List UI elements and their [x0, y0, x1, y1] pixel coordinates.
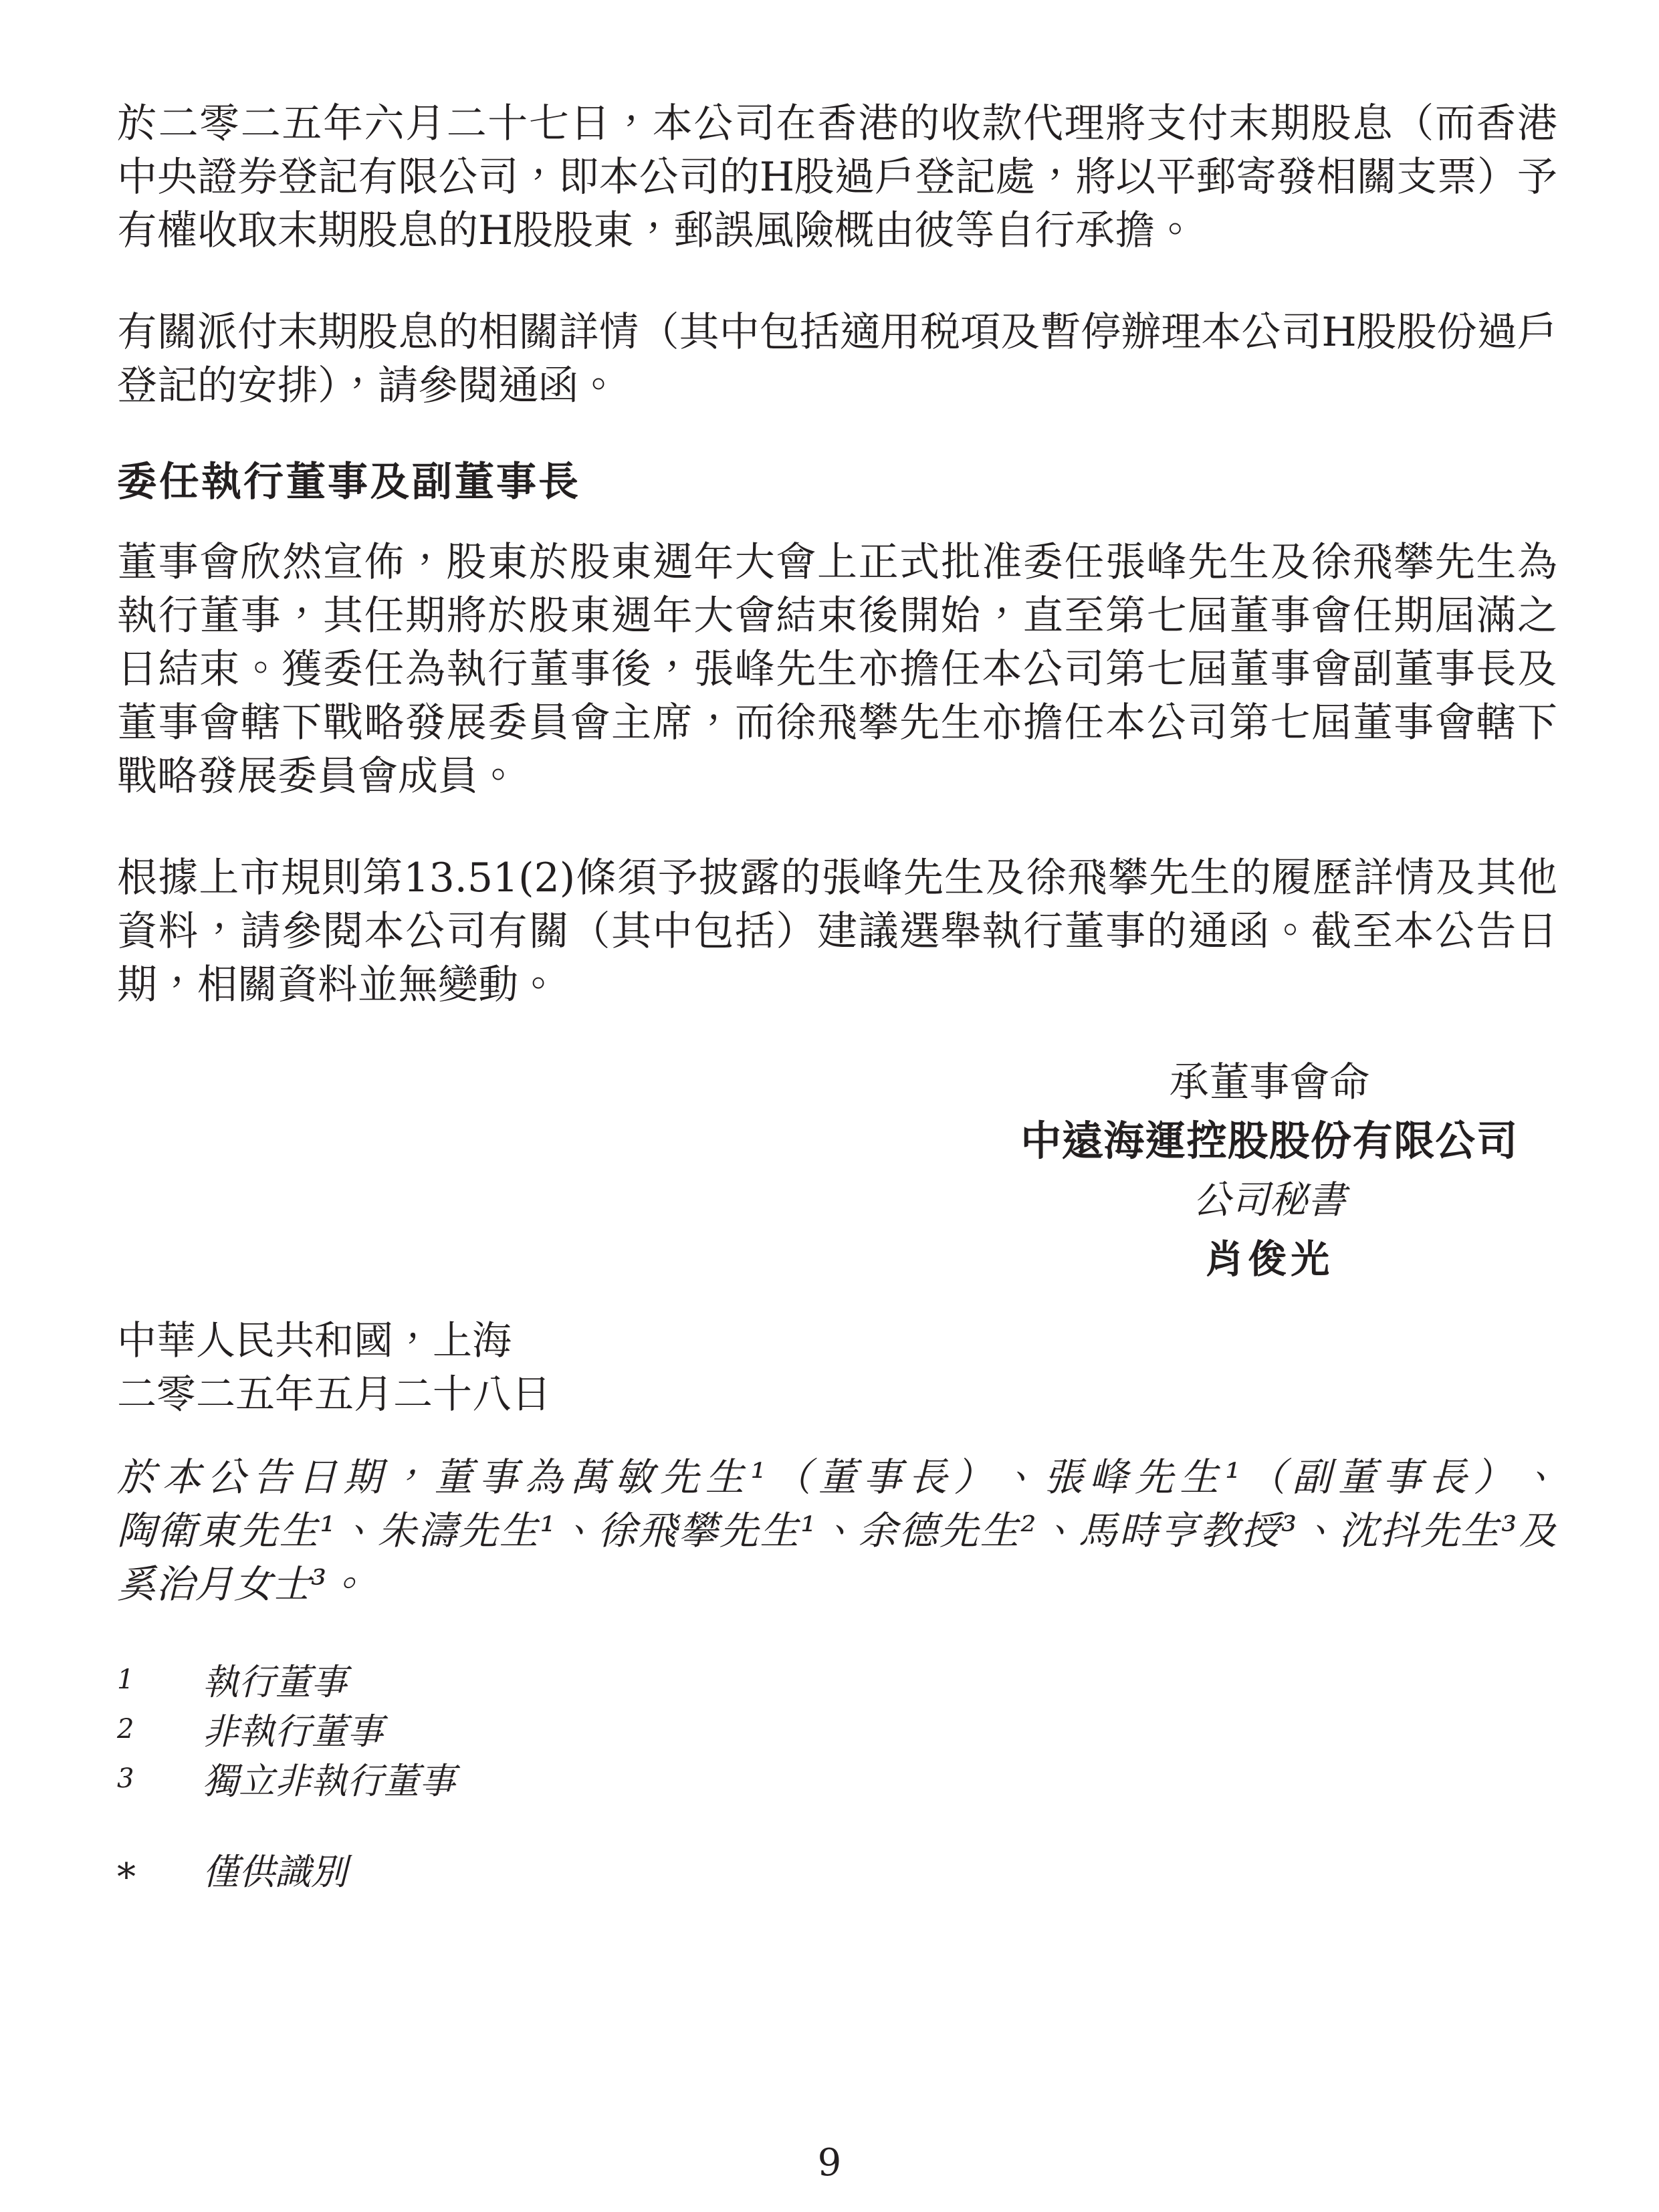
directors-note-line-3: 奚治月女士³。 [117, 1557, 1557, 1611]
footnote-independent-non-executive-director: 3 獨立非執行董事 [117, 1757, 1557, 1806]
paragraph-appointment-directors: 董事會欣然宣佈，股東於股東週年大會上正式批准委任張峰先生及徐飛攀先生為執行董事，… [117, 536, 1557, 803]
footnote-non-executive-director: 2 非執行董事 [117, 1707, 1557, 1757]
footnote-text-1: 執行董事 [203, 1658, 347, 1707]
signature-name: 肖俊光 [981, 1230, 1557, 1289]
directors-note: 於本公告日期，董事為萬敏先生¹（董事長）、張峰先生¹（副董事長）、 陶衛東先生¹… [117, 1450, 1557, 1611]
signature-company-name: 中遠海運控股股份有限公司 [981, 1112, 1557, 1171]
signature-by-order: 承董事會命 [981, 1053, 1557, 1112]
paragraph-listing-rules: 根據上市規則第13.51(2)條須予披露的張峰先生及徐飛攀先生的履歷詳情及其他資… [117, 851, 1557, 1012]
footnote-marker-2: 2 [117, 1704, 203, 1754]
signature-title: 公司秘書 [981, 1171, 1557, 1230]
signature-block: 承董事會命 中遠海運控股股份有限公司 公司秘書 肖俊光 [981, 1053, 1557, 1289]
directors-note-line-2: 陶衛東先生¹、朱濤先生¹、徐飛攀先生¹、余德先生²、馬時亨教授³、沈抖先生³及 [117, 1504, 1557, 1557]
identification-note-marker: * [117, 1853, 203, 1902]
footnote-text-3: 獨立非執行董事 [203, 1757, 455, 1806]
identification-note-text: 僅供識別 [203, 1848, 347, 1897]
footnotes: 1 執行董事 2 非執行董事 3 獨立非執行董事 * 僅供識別 [117, 1658, 1557, 1897]
page-number: 9 [0, 2140, 1659, 2187]
footnote-marker-1: 1 [117, 1655, 203, 1704]
place-date-block: 中華人民共和國，上海 二零二五年五月二十八日 [117, 1314, 1557, 1421]
paragraph-dividend-payment: 於二零二五年六月二十七日，本公司在香港的收款代理將支付末期股息（而香港中央證券登… [117, 97, 1557, 257]
document-page: 於二零二五年六月二十七日，本公司在香港的收款代理將支付末期股息（而香港中央證券登… [0, 0, 1659, 2212]
date-line: 二零二五年五月二十八日 [117, 1367, 1557, 1421]
section-heading-appointment: 委任執行董事及副董事長 [117, 454, 1557, 510]
directors-note-line-1: 於本公告日期，董事為萬敏先生¹（董事長）、張峰先生¹（副董事長）、 [117, 1450, 1557, 1504]
footnote-text-2: 非執行董事 [203, 1707, 383, 1757]
identification-note: * 僅供識別 [117, 1848, 1557, 1897]
document-body: 於二零二五年六月二十七日，本公司在香港的收款代理將支付末期股息（而香港中央證券登… [117, 97, 1557, 1897]
footnote-marker-3: 3 [117, 1754, 203, 1803]
footnote-executive-director: 1 執行董事 [117, 1658, 1557, 1707]
paragraph-dividend-details: 有關派付末期股息的相關詳情（其中包括適用税項及暫停辦理本公司H股股份過戶登記的安… [117, 306, 1557, 413]
place-line: 中華人民共和國，上海 [117, 1314, 1557, 1367]
